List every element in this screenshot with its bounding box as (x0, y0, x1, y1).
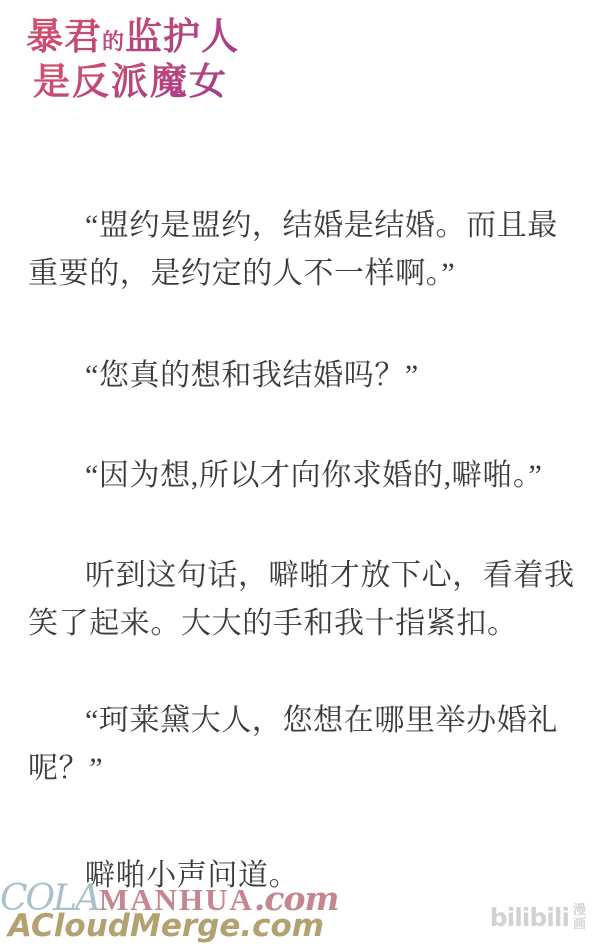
paragraph-4: 听到这句话，噼啪才放下心，看着我 笑了起来。大大的手和我十指紧扣。 (28, 552, 580, 648)
paragraph-2-line-1: “您真的想和我结婚吗？” (28, 352, 580, 400)
bilibili-manga-logo: bilibili 漫 画 (490, 903, 586, 932)
bilibili-manga-char-top: 漫 (573, 904, 586, 918)
paragraph-4-line-1: 听到这句话，噼啪才放下心，看着我 (28, 552, 580, 600)
paragraph-2: “您真的想和我结婚吗？” (28, 352, 580, 400)
paragraph-1: “盟约是盟约，结婚是结婚。而且最 重要的，是约定的人不一样啊。” (28, 202, 580, 298)
series-title-line1-de: 的 (102, 29, 125, 54)
acloudmerge-watermark: ACloudMerge.com (8, 908, 324, 944)
bilibili-manga-char-bottom: 画 (573, 918, 586, 932)
paragraph-3-line-1: “因为想,所以才向你求婚的,噼啪。” (28, 452, 580, 500)
paragraph-5-line-2: 呢？” (28, 745, 580, 793)
series-title-line2: 是反派魔女 (26, 61, 239, 104)
bilibili-manga-characters: 漫 画 (573, 904, 586, 932)
paragraph-5: “珂莱黛大人，您想在哪里举办婚礼 呢？” (28, 697, 580, 793)
series-title-line1-part1: 暴君 (26, 17, 102, 58)
series-title-line1-part2: 监护人 (125, 17, 239, 58)
series-title-logo: 暴君的监护人 是反派魔女 (26, 16, 239, 104)
manhua-text-page: 暴君的监护人 是反派魔女 “盟约是盟约，结婚是结婚。而且最 重要的，是约定的人不… (0, 0, 600, 949)
paragraph-4-line-2: 笑了起来。大大的手和我十指紧扣。 (28, 600, 580, 648)
paragraph-5-line-1: “珂莱黛大人，您想在哪里举办婚礼 (28, 697, 580, 745)
bilibili-wordmark: bilibili (490, 903, 569, 932)
paragraph-3: “因为想,所以才向你求婚的,噼啪。” (28, 452, 580, 500)
paragraph-1-line-2: 重要的，是约定的人不一样啊。” (28, 250, 580, 298)
series-title-line1: 暴君的监护人 (26, 16, 239, 63)
paragraph-1-line-1: “盟约是盟约，结婚是结婚。而且最 (28, 202, 580, 250)
